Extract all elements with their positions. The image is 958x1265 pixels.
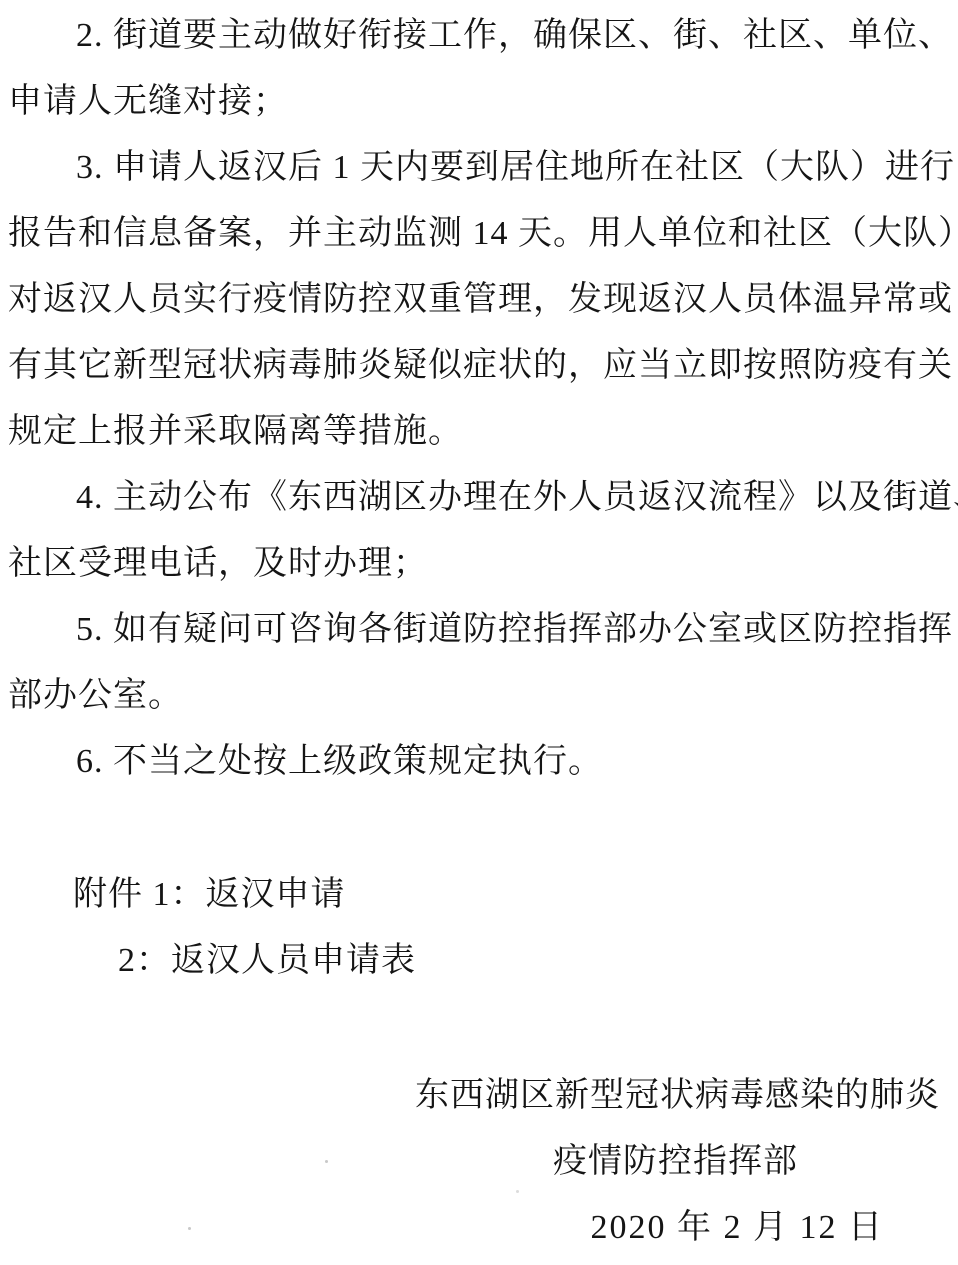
body-line: 社区受理电话，及时办理； xyxy=(8,531,958,597)
document-body: 2. 街道要主动做好衔接工作，确保区、街、社区、单位、 申请人无缝对接； 3. … xyxy=(0,0,958,1261)
signature-block: 东西湖区新型冠状病毒感染的肺炎 疫情防控指挥部 2020 年 2 月 12 日 xyxy=(8,1063,958,1261)
body-line: 申请人无缝对接； xyxy=(8,69,958,135)
body-line: 部办公室。 xyxy=(8,663,958,729)
scan-noise-speck xyxy=(188,1227,191,1230)
attachment-line-2: 2：返汉人员申请表 xyxy=(8,928,958,994)
body-line: 规定上报并采取隔离等措施。 xyxy=(8,399,958,465)
signature-org-line-1: 东西湖区新型冠状病毒感染的肺炎 xyxy=(8,1063,958,1129)
body-line: 报告和信息备案，并主动监测 14 天。用人单位和社区（大队） xyxy=(8,201,958,267)
body-line-item-6-start: 6. 不当之处按上级政策规定执行。 xyxy=(8,729,958,795)
body-line: 有其它新型冠状病毒肺炎疑似症状的，应当立即按照防疫有关 xyxy=(8,333,958,399)
signature-date: 2020 年 2 月 12 日 xyxy=(8,1195,958,1261)
body-line-item-2-start: 2. 街道要主动做好衔接工作，确保区、街、社区、单位、 xyxy=(8,3,958,69)
body-line-item-3-start: 3. 申请人返汉后 1 天内要到居住地所在社区（大队）进行 xyxy=(8,135,958,201)
scan-noise-speck xyxy=(516,1190,519,1193)
body-line: 对返汉人员实行疫情防控双重管理，发现返汉人员体温异常或 xyxy=(8,267,958,333)
signature-org-line-2: 疫情防控指挥部 xyxy=(8,1129,958,1195)
attachment-line-1: 附件 1：返汉申请 xyxy=(8,862,958,928)
body-line-item-5-start: 5. 如有疑问可咨询各街道防控指挥部办公室或区防控指挥 xyxy=(8,597,958,663)
body-line-item-4-start: 4. 主动公布《东西湖区办理在外人员返汉流程》以及街道、 xyxy=(8,465,958,531)
attachments-section: 附件 1：返汉申请 2：返汉人员申请表 xyxy=(8,862,958,994)
scan-noise-speck xyxy=(325,1160,328,1163)
document-page: 2. 街道要主动做好衔接工作，确保区、街、社区、单位、 申请人无缝对接； 3. … xyxy=(0,0,958,1265)
